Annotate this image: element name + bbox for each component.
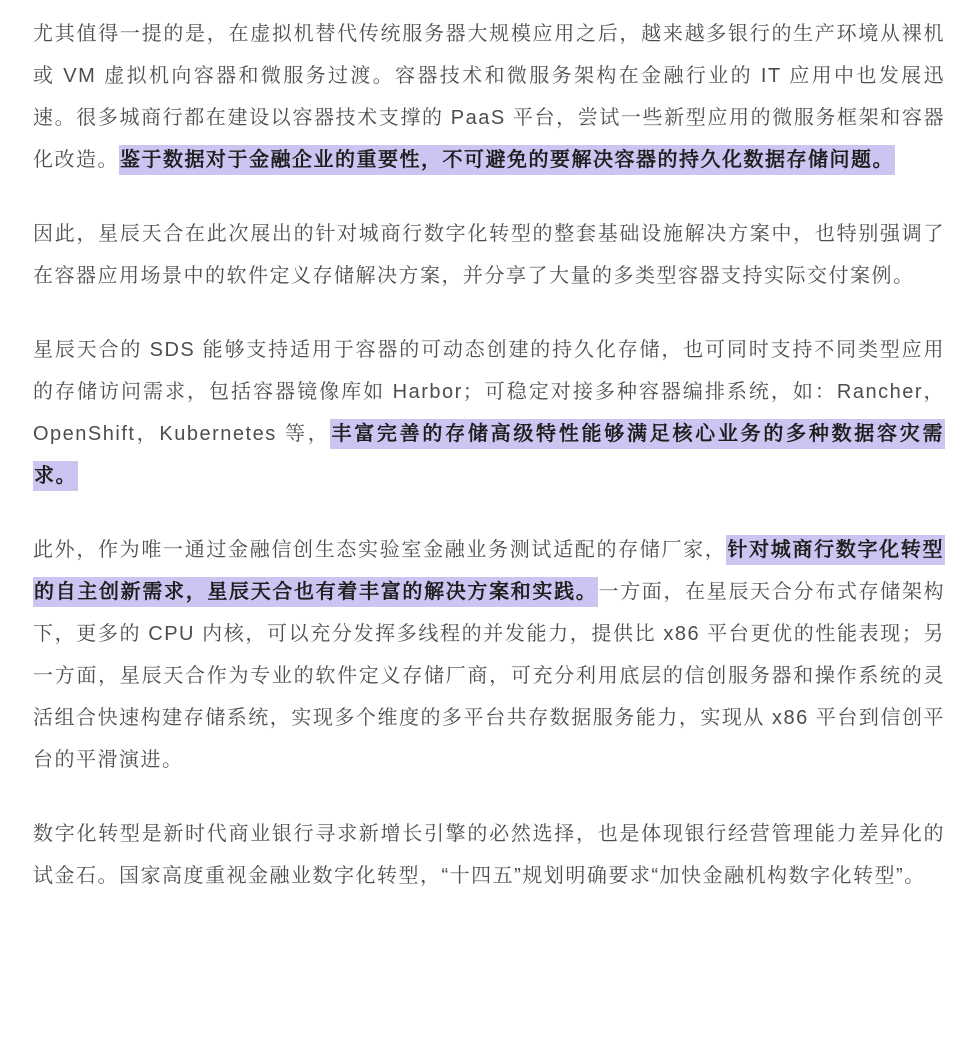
paragraph-1: 尤其值得一提的是，在虚拟机替代传统服务器大规模应用之后，越来越多银行的生产环境从… [33,13,945,181]
article-body: 尤其值得一提的是，在虚拟机替代传统服务器大规模应用之后，越来越多银行的生产环境从… [0,0,978,897]
document-page: 尤其值得一提的是，在虚拟机替代传统服务器大规模应用之后，越来越多银行的生产环境从… [0,0,978,1053]
paragraph-4: 此外，作为唯一通过金融信创生态实验室金融业务测试适配的存储厂家，针对城商行数字化… [33,529,945,781]
paragraph-text: 一方面，在星辰天合分布式存储架构下，更多的 CPU 内核，可以充分发挥多线程的并… [33,581,945,771]
paragraph-5: 数字化转型是新时代商业银行寻求新增长引擎的必然选择，也是体现银行经营管理能力差异… [33,813,945,897]
paragraph-text: 数字化转型是新时代商业银行寻求新增长引擎的必然选择，也是体现银行经营管理能力差异… [33,823,945,887]
highlighted-text: 鉴于数据对于金融企业的重要性，不可避免的要解决容器的持久化数据存储问题。 [119,145,895,175]
paragraph-text: 此外，作为唯一通过金融信创生态实验室金融业务测试适配的存储厂家， [33,539,726,561]
paragraph-text: 因此，星辰天合在此次展出的针对城商行数字化转型的整套基础设施解决方案中，也特别强… [33,223,945,287]
paragraph-2: 因此，星辰天合在此次展出的针对城商行数字化转型的整套基础设施解决方案中，也特别强… [33,213,945,297]
paragraph-3: 星辰天合的 SDS 能够支持适用于容器的可动态创建的持久化存储，也可同时支持不同… [33,329,945,497]
